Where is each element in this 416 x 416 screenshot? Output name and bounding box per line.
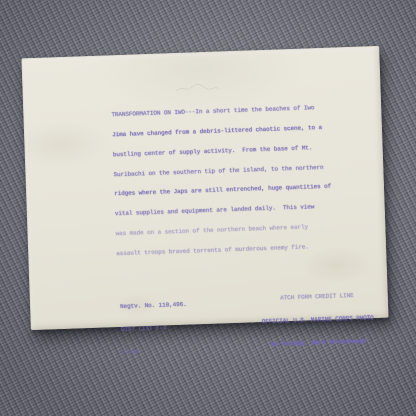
photographer-credit: By TechSgt. Burd Ferneyhough: [251, 337, 385, 349]
caption-line: Jima have changed from a debris-littered…: [112, 123, 380, 139]
credit-block: ATCH FORM CREDIT LINE OFFICIAL U.S. MARI…: [249, 276, 386, 364]
dist-list: DIST LIST F-4: [121, 324, 188, 334]
caption-line: TRANSFORMATION ON IWO---In a short time …: [111, 103, 379, 119]
negative-info-block: Negtv. No. 110,496. DIST LIST F-4 2-745: [119, 286, 188, 372]
caption-line: assault troops braved torrents of murder…: [116, 241, 384, 257]
stamp-footer: Negtv. No. 110,496. DIST LIST F-4 2-745 …: [117, 279, 386, 318]
credit-instruction: ATCH FORM CREDIT LINE: [250, 291, 384, 303]
credit-line: OFFICIAL U.S. MARINE CORPS PHOTO: [251, 314, 385, 326]
date-code: 2-745: [122, 346, 189, 356]
caption-line: bustling center of supply activity. From…: [113, 143, 381, 159]
fabric-background: TRANSFORMATION ON IWO---In a short time …: [0, 0, 416, 416]
photo-card: TRANSFORMATION ON IWO---In a short time …: [21, 46, 388, 330]
caption-line: ridges where the Japs are still entrench…: [114, 182, 382, 198]
caption-stamp: TRANSFORMATION ON IWO---In a short time …: [111, 90, 387, 331]
negative-number: Negtv. No. 110,496.: [120, 301, 187, 311]
caption-line: was made on a section of the northern be…: [115, 222, 383, 238]
pencil-smudge: [174, 79, 220, 95]
caption-line: Suribachi on the southern tip of the isl…: [113, 162, 381, 178]
caption-line: vital supplies and equipment are landed …: [115, 202, 383, 218]
